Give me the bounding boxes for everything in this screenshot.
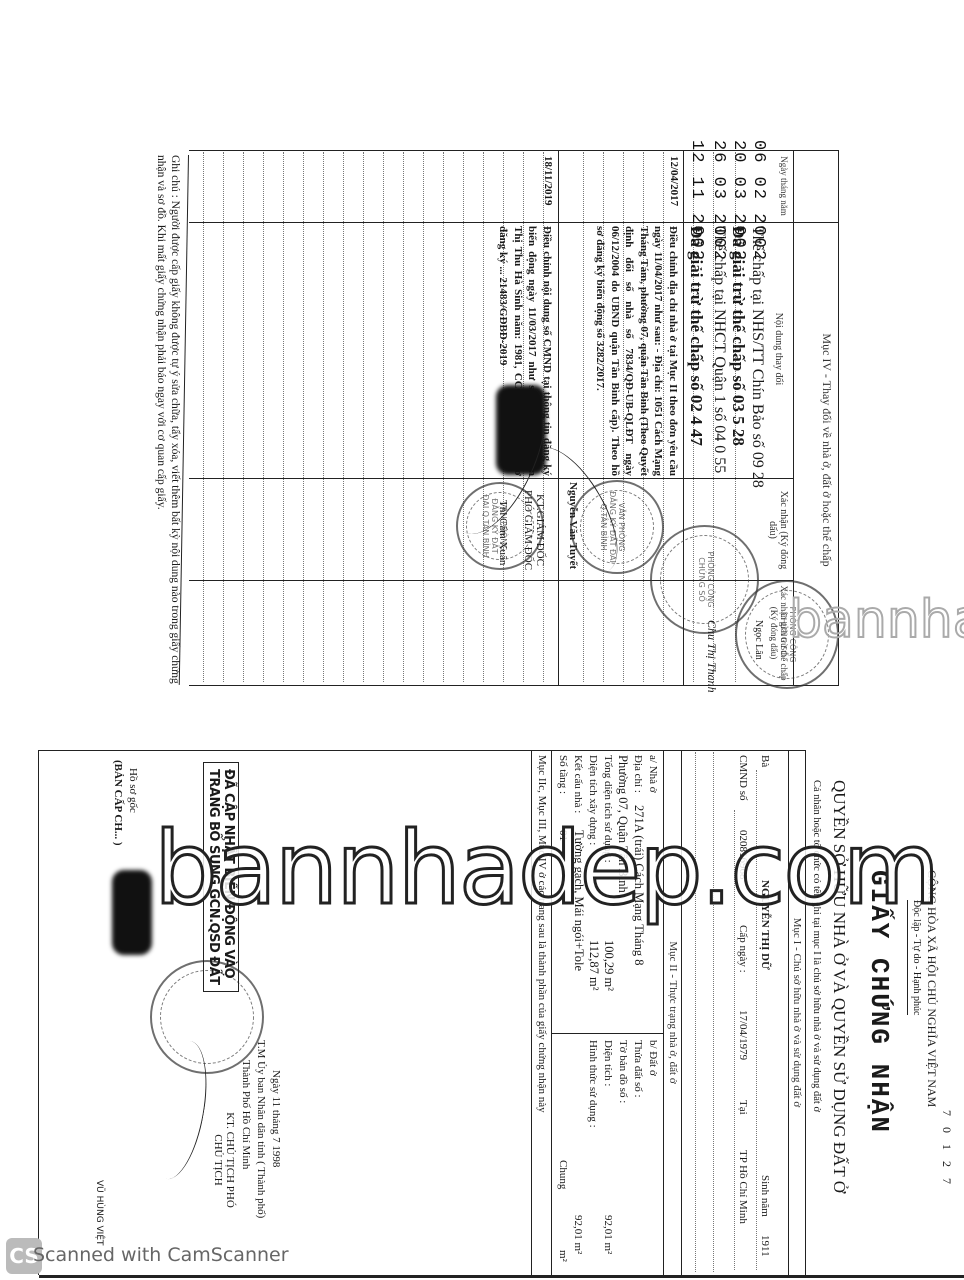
land-area-label: Diện tích : — [602, 1040, 614, 1086]
entry-date: 12/04/2017 — [668, 156, 680, 206]
issue-date: 17/04/1979 — [737, 1010, 749, 1060]
land-heading: b/ Đất ở — [647, 1040, 659, 1076]
place-value: TP Hồ Chí Minh — [737, 1150, 749, 1224]
note-text: Ghi chú : Người được cấp giấy không được… — [154, 155, 182, 690]
file-label: Hồ sơ gốc — [127, 768, 139, 813]
notary-signature-name: Chu Thị Thanh — [704, 620, 719, 693]
floors-label: Số tầng : — [557, 755, 569, 794]
col-date-header: Ngày tháng năm — [779, 152, 789, 220]
entry-content: Đã giải trừ thế chấp số 03 5 28 — [728, 226, 748, 446]
birth-label: Sinh năm — [759, 1175, 771, 1217]
rotated-document-canvas: Mục IV - Thay đổi về nhà ở, đất ở hoặc t… — [0, 0, 964, 1280]
structure-label: Kết cấu nhà : — [572, 755, 584, 813]
land-area-value: 92,01 m² — [602, 1215, 614, 1254]
birth-year: 1911 — [759, 1235, 771, 1257]
map-label: Tờ bản đồ số : — [617, 1040, 629, 1103]
redaction-mark — [112, 870, 152, 955]
entry-content: Thế chấp tại NHS/TT Chín Bảo số 09 28 — [748, 226, 766, 488]
watermark-bold: bannhadep.com — [154, 810, 938, 927]
authority: T.M Ủy ban Nhân dân tỉnh ( Thành phố) — [255, 1040, 267, 1218]
issue-date-line: Ngày 11 tháng 7 1998 — [270, 1070, 282, 1167]
notary-signature-name: Ngọc Lân — [753, 620, 764, 660]
house-heading: a/ Nhà ở — [647, 755, 659, 793]
copy-label: (BẢN CẤP CH... ) — [112, 760, 124, 846]
entry-content: Điều chỉnh địa chỉ nhà ở tại Mục II theo… — [593, 226, 680, 476]
col-content-header: Nội dung thay đổi — [773, 224, 784, 474]
footer-note: Mục IIc, Mục III, Mục IV ở các trang sau… — [536, 755, 548, 1113]
entry-content: Thế chấp tại NHCT Quận 1 số 04 0 55 — [710, 226, 728, 473]
place-label: Tại — [737, 1100, 749, 1115]
usage-label: Hình thức sử dụng : — [587, 1040, 599, 1128]
entry-content: Đã giải trừ thế chấp số 02 4 47 — [686, 226, 706, 446]
parcel-label: Thửa đất số : — [632, 1040, 644, 1098]
usage-shared-label: Chung — [557, 1160, 569, 1189]
serial-number: 7 0 1 2 7 — [938, 1110, 956, 1188]
col-confirm-header: Xác nhận (Ký đóng dấu) — [767, 482, 789, 578]
certificate-signer: VŨ HÙNG VIỆT — [94, 1180, 104, 1246]
camscanner-label: Scanned with CamScanner — [33, 1244, 289, 1266]
build-area-value: 112,87 m² — [586, 940, 601, 991]
issue-label: Cấp ngày : — [737, 925, 749, 973]
owner-prefix: Bà — [759, 755, 771, 767]
watermark-faint: bannhadep.com — [789, 590, 964, 650]
total-area-value: 100,29 m² — [601, 940, 616, 991]
house-address-label: Địa chỉ : — [632, 755, 644, 793]
signer-title: KT. CHỦ TỊCH PHÓ CHỦ TỊCH — [212, 1100, 236, 1220]
entry-date: 18/11/2019 — [542, 156, 554, 206]
id-label: CMND số — [737, 755, 749, 801]
usage-shared-value: m² — [557, 1250, 569, 1262]
authority-city: Thành Phố Hồ Chí Minh — [240, 1060, 252, 1169]
usage-private-value: 92,01 m² — [572, 1215, 584, 1254]
